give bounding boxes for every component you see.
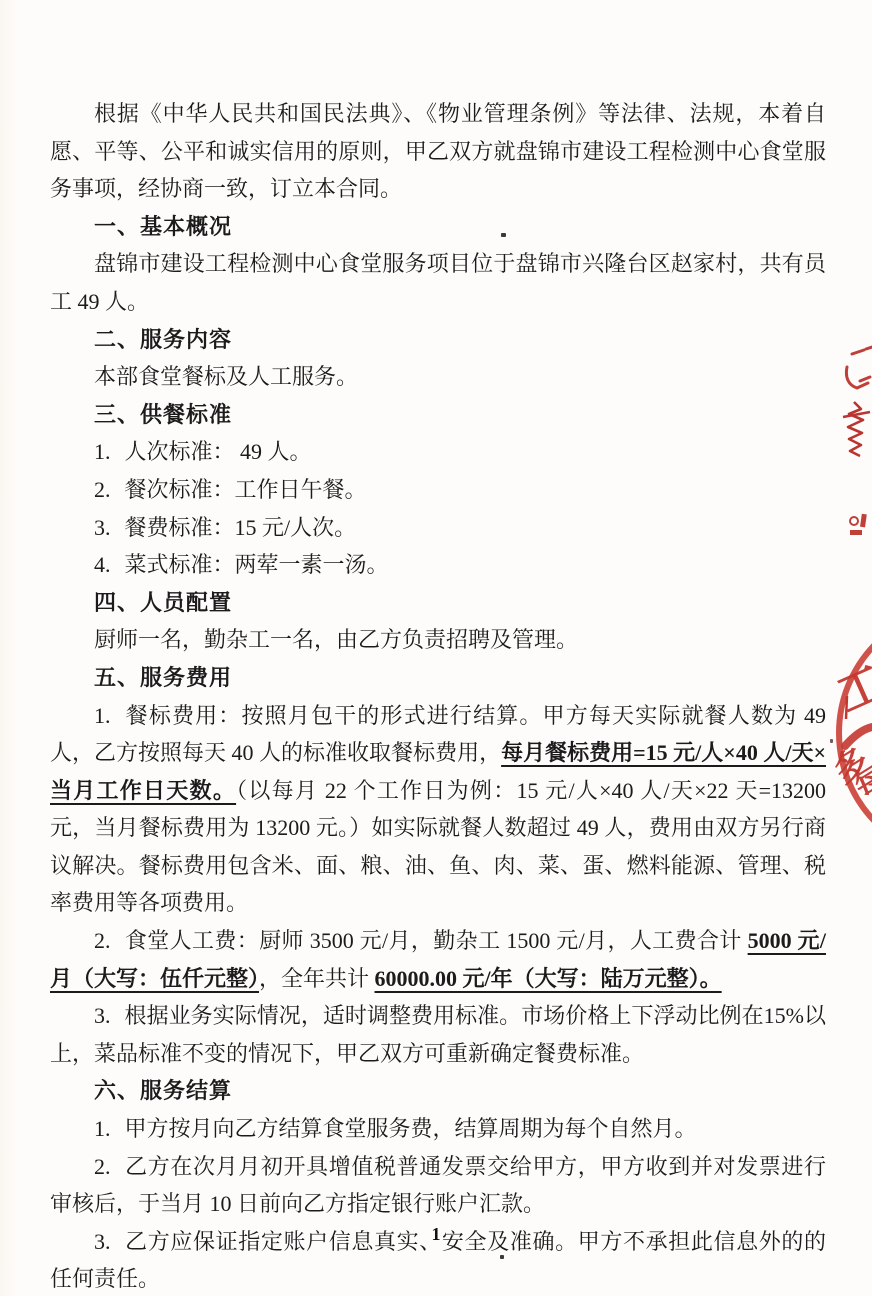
item-number: 3. xyxy=(94,1003,111,1028)
handwriting-scribble xyxy=(843,402,870,456)
seal-char-gong: 工 xyxy=(829,655,872,721)
item-text: 人次标准： 49 人。 xyxy=(125,439,312,464)
section5-heading: 五、服务费用 xyxy=(50,659,826,697)
item-number: 3. xyxy=(94,515,111,540)
seal-char-mei: 每 xyxy=(847,756,872,807)
item-number: 1. xyxy=(94,703,111,728)
item-number: 2. xyxy=(94,477,111,502)
scan-speck xyxy=(830,739,833,743)
list-item-labor-fee: 2.食堂人工费：厨师 3500 元/月，勤杂工 1500 元/月，人工费合计 5… xyxy=(50,922,826,997)
list-item-adjustment: 3.根据业务实际情况，适时调整费用标准。市场价格上下浮动比例在15%以上，菜品标… xyxy=(50,997,826,1072)
list-item: 2.餐次标准：工作日午餐。 xyxy=(50,471,826,509)
section6-heading: 六、服务结算 xyxy=(50,1072,826,1110)
section2-heading: 二、服务内容 xyxy=(50,321,826,359)
section2-body: 本部食堂餐标及人工服务。 xyxy=(50,358,826,396)
list-item-meal-fee: 1.餐标费用：按照月包干的形式进行结算。甲方每天实际就餐人数为 49 人，乙方按… xyxy=(50,697,826,923)
item-number: 1. xyxy=(94,1116,111,1141)
list-item: 4.菜式标准：两荤一素一汤。 xyxy=(50,546,826,584)
item-number: 1. xyxy=(94,439,111,464)
item-text: 乙方在次月月初开具增值税普通发票交给甲方，甲方收到并对发票进行审核后，于当月 1… xyxy=(50,1154,826,1217)
item-text: 根据业务实际情况，适时调整费用标准。市场价格上下浮动比例在15%以上，菜品标准不… xyxy=(50,1003,826,1066)
item-number: 2. xyxy=(94,1154,111,1179)
list-item: 2.乙方在次月月初开具增值税普通发票交给甲方，甲方收到并对发票进行审核后，于当月… xyxy=(50,1148,826,1223)
handwriting-mark-ticks xyxy=(846,347,872,388)
list-item: 1.甲方按月向乙方结算食堂服务费，结算周期为每个自然月。 xyxy=(50,1110,826,1148)
company-seal-stamp: 工 多 每 xyxy=(827,606,872,860)
item-text: 甲方按月向乙方结算食堂服务费，结算周期为每个自然月。 xyxy=(125,1116,697,1141)
item-text: 食堂人工费：厨师 3500 元/月，勤杂工 1500 元/月，人工费合计 xyxy=(125,928,748,953)
item-text: ，全年共计 xyxy=(259,966,375,991)
section3-heading: 三、供餐标准 xyxy=(50,396,826,434)
scan-speck xyxy=(500,1255,504,1259)
contract-body: 根据《中华人民共和国民法典》、《物业管理条例》等法律、法规，本着自愿、平等、公平… xyxy=(50,95,826,1296)
section4-body: 厨师一名，勤杂工一名，由乙方负责招聘及管理。 xyxy=(50,621,826,659)
list-item: 1.人次标准： 49 人。 xyxy=(50,433,826,471)
section1-heading: 一、基本概况 xyxy=(50,208,826,246)
item-number: 4. xyxy=(94,552,111,577)
list-item: 3.餐费标准：15 元/人次。 xyxy=(50,509,826,547)
scan-speck xyxy=(501,233,506,237)
intro-paragraph: 根据《中华人民共和国民法典》、《物业管理条例》等法律、法规，本着自愿、平等、公平… xyxy=(50,95,826,208)
seal-char-duo: 多 xyxy=(827,741,872,791)
section4-heading: 四、人员配置 xyxy=(50,584,826,622)
page-number: 1 xyxy=(0,1224,872,1245)
item-text: 菜式标准：两荤一素一汤。 xyxy=(125,552,389,577)
section1-body: 盘锦市建设工程检测中心食堂服务项目位于盘锦市兴隆台区赵家村，共有员工 49 人。 xyxy=(50,245,826,320)
item-text: 餐费标准：15 元/人次。 xyxy=(125,515,357,540)
item-text: 餐次标准：工作日午餐。 xyxy=(125,477,367,502)
item-number: 2. xyxy=(94,928,111,953)
underlined-amount-yearly: 60000.00 元/年（大写：陆万元整）。 xyxy=(375,966,722,991)
scanned-contract-page: 根据《中华人民共和国民法典》、《物业管理条例》等法律、法规，本着自愿、平等、公平… xyxy=(0,0,872,1296)
small-red-mark xyxy=(850,514,867,535)
